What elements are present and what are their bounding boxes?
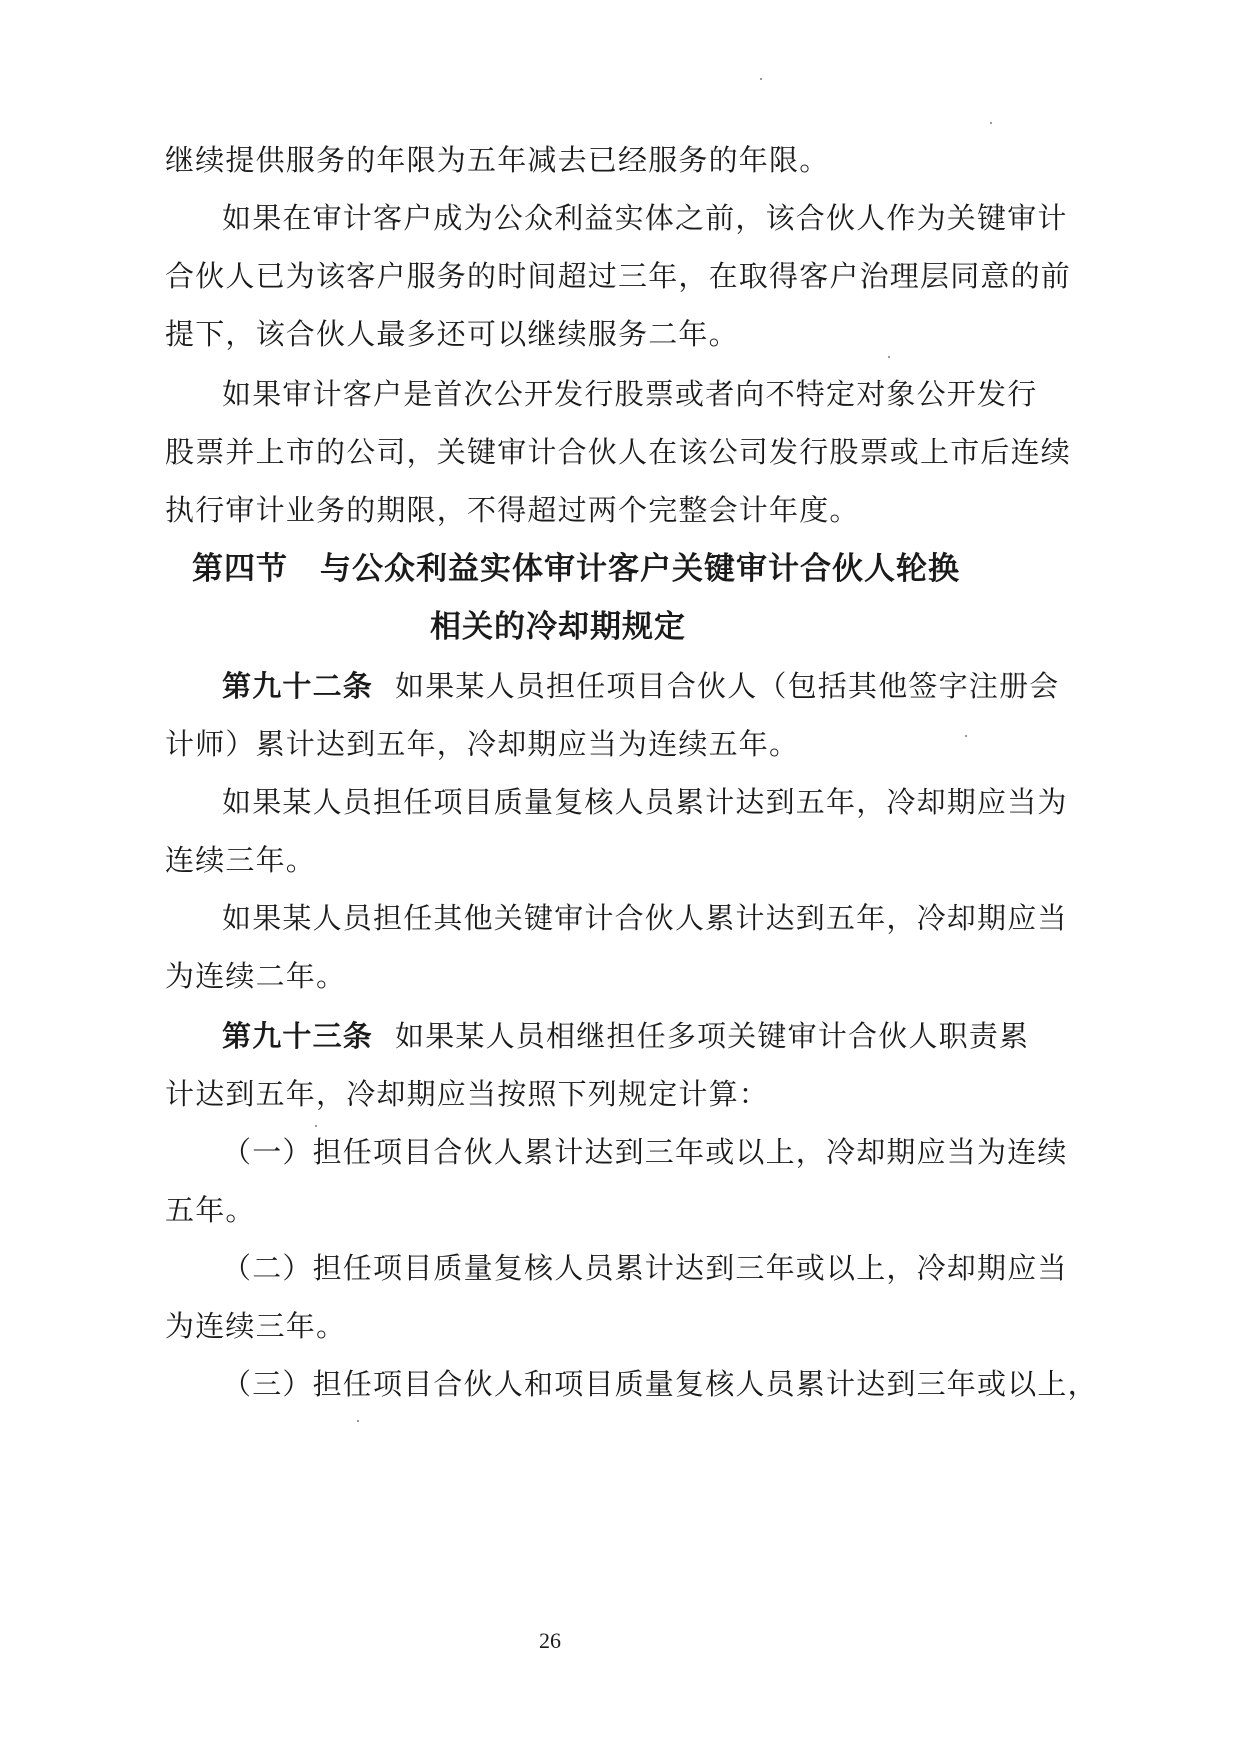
article-text: 如果某人员担任项目合伙人（包括其他签字注册会	[395, 669, 1059, 703]
scan-speck	[315, 1125, 317, 1127]
article-93-line2: 计达到五年，冷却期应当按照下列规定计算：	[165, 1076, 935, 1112]
paragraph-line: 合伙人已为该客户服务的时间超过三年，在取得客户治理层同意的前	[165, 258, 935, 294]
paragraph-line: 股票并上市的公司，关键审计合伙人在该公司发行股票或上市后连续	[165, 434, 935, 470]
article-93-item2-line2: 为连续三年。	[165, 1308, 935, 1344]
scan-speck	[760, 78, 762, 80]
article-label: 第九十三条	[222, 1019, 373, 1053]
article-93-item1-line2: 五年。	[165, 1192, 935, 1228]
article-93-line1: 第九十三条如果某人员相继担任多项关键审计合伙人职责累	[222, 1018, 935, 1054]
article-92-para3-line1: 如果某人员担任其他关键审计合伙人累计达到五年，冷却期应当	[222, 900, 935, 936]
scan-speck	[990, 122, 992, 124]
article-text: 如果某人员相继担任多项关键审计合伙人职责累	[395, 1019, 1029, 1053]
article-92-para3-line2: 为连续二年。	[165, 958, 935, 994]
article-93-item1-line1: （一）担任项目合伙人累计达到三年或以上，冷却期应当为连续	[222, 1134, 935, 1170]
article-label: 第九十二条	[222, 669, 373, 703]
article-92-para2-line1: 如果某人员担任项目质量复核人员累计达到五年，冷却期应当为	[222, 784, 935, 820]
page-number: 26	[0, 1628, 1100, 1654]
section-heading-line2: 相关的冷却期规定	[430, 608, 686, 646]
section-heading-line1: 第四节 与公众利益实体审计客户关键审计合伙人轮换	[192, 550, 960, 588]
paragraph-line: 执行审计业务的期限，不得超过两个完整会计年度。	[165, 492, 935, 528]
paragraph-line: 提下，该合伙人最多还可以继续服务二年。	[165, 316, 935, 352]
paragraph-line: 继续提供服务的年限为五年减去已经服务的年限。	[165, 142, 935, 178]
paragraph-line: 如果在审计客户成为公众利益实体之前，该合伙人作为关键审计	[222, 200, 935, 236]
scan-speck	[357, 1420, 359, 1422]
scan-speck	[965, 735, 967, 737]
article-93-item2-line1: （二）担任项目质量复核人员累计达到三年或以上，冷却期应当	[222, 1250, 935, 1286]
article-92-line1: 第九十二条如果某人员担任项目合伙人（包括其他签字注册会	[222, 668, 935, 704]
paragraph-line: 如果审计客户是首次公开发行股票或者向不特定对象公开发行	[222, 376, 935, 412]
document-page: 继续提供服务的年限为五年减去已经服务的年限。 如果在审计客户成为公众利益实体之前…	[0, 0, 1242, 1754]
article-93-item3-line1: （三）担任项目合伙人和项目质量复核人员累计达到三年或以上，	[222, 1366, 935, 1402]
scan-speck	[888, 356, 890, 358]
article-92-line2: 计师）累计达到五年，冷却期应当为连续五年。	[165, 726, 935, 762]
article-92-para2-line2: 连续三年。	[165, 842, 935, 878]
